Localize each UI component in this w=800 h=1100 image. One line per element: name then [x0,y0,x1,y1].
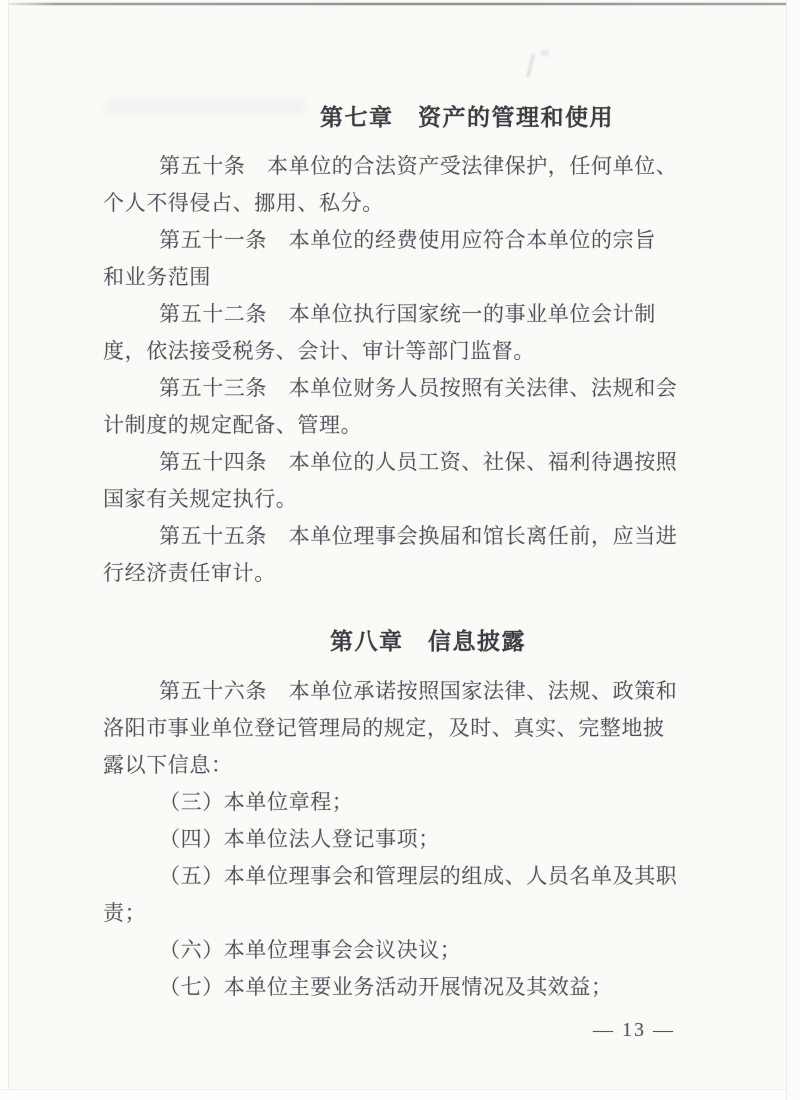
page-number: — 13 — [593,1019,675,1042]
doc-line: 责； [103,895,695,932]
doc-line: 国家有关规定执行。 [103,481,695,518]
doc-line: （四）本单位法人登记事项； [103,821,695,858]
doc-line: （七）本单位主要业务活动开展情况及其效益； [103,969,695,1006]
chapter-7-heading: 第七章 资产的管理和使用 [103,101,695,134]
doc-line: 露以下信息： [103,747,695,784]
document-body: 第七章 资产的管理和使用 第五十条 本单位的合法资产受法律保护，任何单位、 个人… [103,0,695,1006]
scan-edge-right [786,0,800,1100]
doc-line: 第五十二条 本单位执行国家统一的事业单位会计制 [103,296,695,333]
doc-line: 第五十一条 本单位的经费使用应符合本单位的宗旨 [103,222,695,259]
scan-edge-left [0,0,9,1100]
doc-line: 第五十条 本单位的合法资产受法律保护，任何单位、 [103,148,695,185]
chapter-8-heading: 第八章 信息披露 [103,625,695,658]
doc-line: 和业务范围 [103,259,695,296]
doc-line: 洛阳市事业单位登记管理局的规定，及时、真实、完整地披 [103,710,695,747]
scanned-document-page: 第七章 资产的管理和使用 第五十条 本单位的合法资产受法律保护，任何单位、 个人… [0,0,800,1100]
doc-line: 第五十四条 本单位的人员工资、社保、福利待遇按照 [103,444,695,481]
doc-line: （六）本单位理事会会议决议； [103,932,695,969]
doc-line: 第五十五条 本单位理事会换届和馆长离任前，应当进 [103,518,695,555]
doc-line: （五）本单位理事会和管理层的组成、人员名单及其职 [103,858,695,895]
doc-line: 行经济责任审计。 [103,555,695,592]
scan-edge-bottom [0,1089,800,1100]
doc-line: 度，依法接受税务、会计、审计等部门监督。 [103,333,695,370]
doc-line: （三）本单位章程； [103,784,695,821]
doc-line: 第五十六条 本单位承诺按照国家法律、法规、政策和 [103,673,695,710]
doc-line: 个人不得侵占、挪用、私分。 [103,185,695,222]
doc-line: 计制度的规定配备、管理。 [103,407,695,444]
doc-line: 第五十三条 本单位财务人员按照有关法律、法规和会 [103,370,695,407]
